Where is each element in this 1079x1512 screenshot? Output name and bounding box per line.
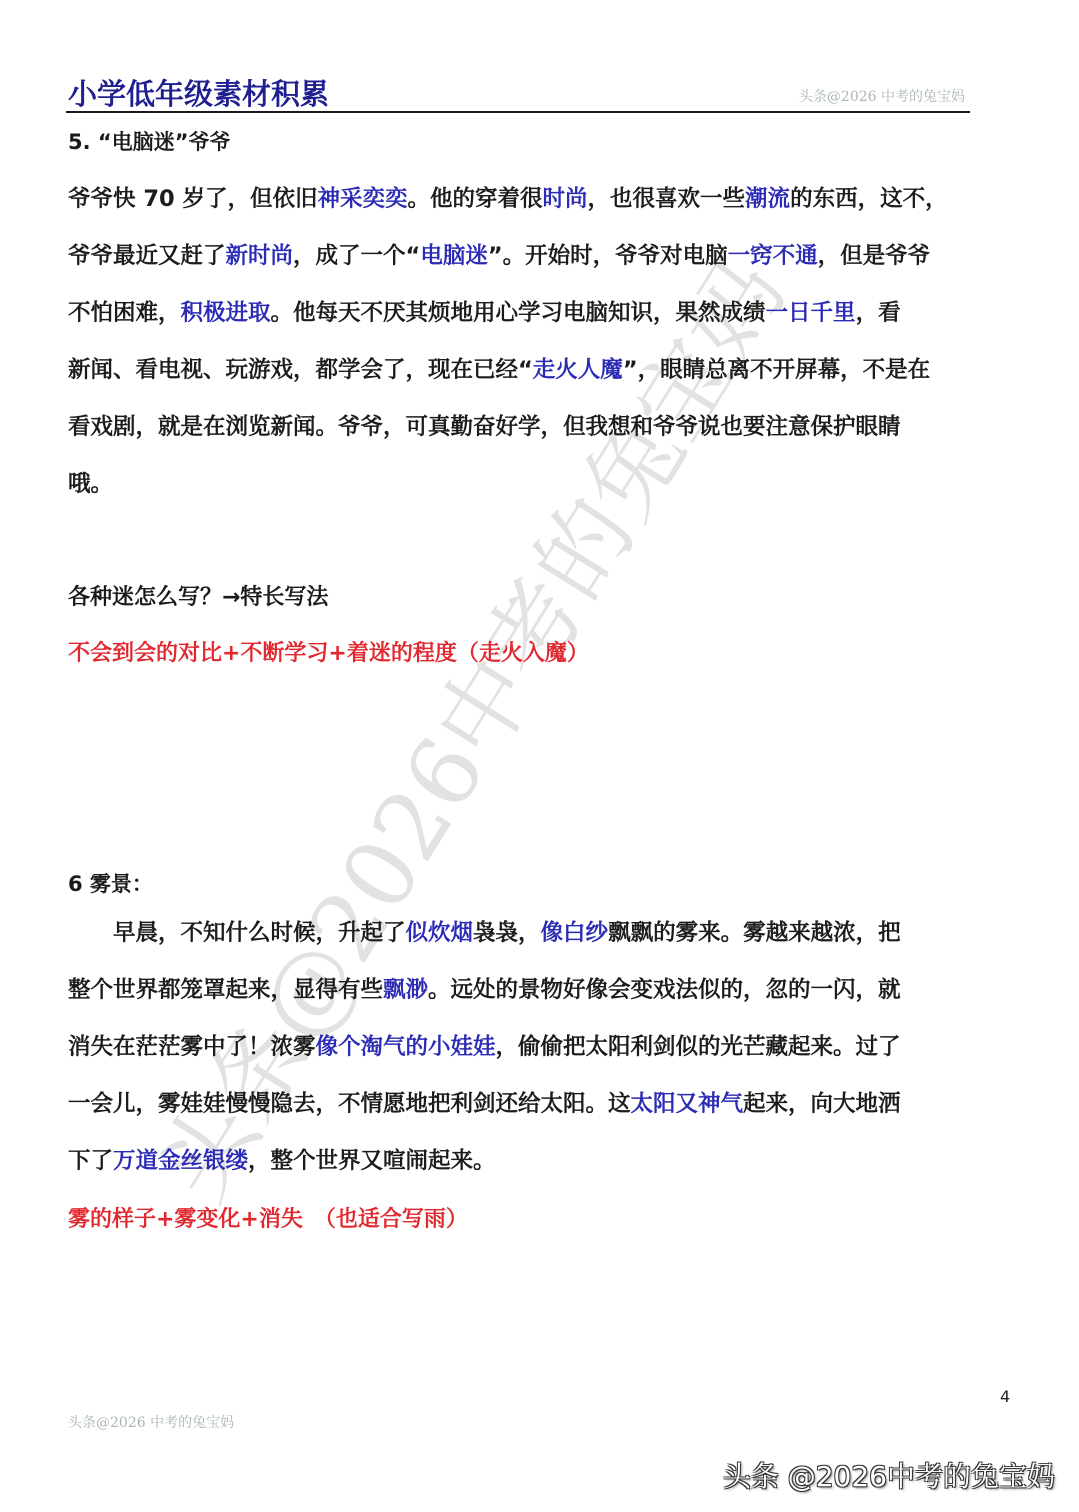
paragraph-line: 新闻、看电视、玩游戏，都学会了，现在已经“走火人魔”，眼睛总离不开屏幕，不是在 [68,342,1018,399]
text-run: ，但是爷爷 [818,243,931,269]
paragraph-line: 爷爷快 70 岁了，但依旧神采奕奕。他的穿着很时尚，也很喜欢一些潮流的东西，这不… [68,171,1018,228]
text-run: 新闻、看电视、玩游戏，都学会了，现在已经“ [68,357,533,383]
highlight-phrase: 似炊烟 [406,920,474,946]
section-5-heading: 5. “电脑迷”爷爷 [68,126,231,156]
highlight-phrase: 新时尚 [226,243,294,269]
section-6-summary-note: 雾的样子+雾变化+消失 （也适合写雨） [68,1202,468,1233]
text-run: ，成了一个“ [293,243,420,269]
section-6-heading: 6 雾景： [68,868,153,898]
header-divider [66,111,970,113]
highlight-phrase: 时尚 [543,186,588,212]
text-run: 消失在茫茫雾中了！浓雾 [68,1034,316,1060]
highlight-phrase: 像白纱 [541,920,609,946]
highlight-phrase: 一窍不通 [728,243,818,269]
text-run: 袅袅， [473,920,541,946]
platform-watermark: 头条 @2026中考的兔宝妈 [723,1455,1055,1495]
writing-method-question: 各种迷怎么写？→特长写法 [68,580,328,611]
page-header-title: 小学低年级素材积累 [68,72,329,113]
text-run: 爷爷最近又赶了 [68,243,226,269]
text-run: ，偷偷把太阳利剑似的光芒藏起来。过了 [496,1034,901,1060]
text-run: 整个世界都笼罩起来，显得有些 [68,977,383,1003]
page-number: 4 [1000,1387,1010,1406]
highlight-phrase: 万道金丝银缕 [113,1148,248,1174]
text-run: 哦。 [68,471,113,497]
document-page: 头条@2026中考的兔宝妈 小学低年级素材积累 头条@2026 中考的兔宝妈 5… [0,0,1079,1512]
text-run: 看戏剧，就是在浏览新闻。爷爷，可真勤奋好学，但我想和爷爷说也要注意保护眼睛 [68,414,901,440]
text-run: ，也很喜欢一些 [588,186,746,212]
section-5-paragraph: 爷爷快 70 岁了，但依旧神采奕奕。他的穿着很时尚，也很喜欢一些潮流的东西，这不… [68,171,1018,513]
paragraph-line: 下了万道金丝银缕，整个世界又喧闹起来。 [68,1133,1018,1190]
text-run: 的东西，这不， [790,186,948,212]
text-run: 爷爷快 70 岁了，但依旧 [68,186,317,212]
text-run: 。他的穿着很 [408,186,543,212]
text-run: 下了 [68,1148,113,1174]
text-run: ，整个世界又喧闹起来。 [248,1148,496,1174]
footer-credit: 头条@2026 中考的兔宝妈 [68,1412,234,1432]
paragraph-line: 不怕困难，积极进取。他每天不厌其烦地用心学习电脑知识，果然成绩一日千里，看 [68,285,1018,342]
highlight-phrase: 飘渺 [383,977,428,1003]
highlight-phrase: 神采奕奕 [317,186,407,212]
text-run: ”。开始时，爷爷对电脑 [488,243,728,269]
highlight-phrase: 一日千里 [766,300,856,326]
text-run: 起来，向大地洒 [743,1091,901,1117]
text-run: 。他每天不厌其烦地用心学习电脑知识，果然成绩 [271,300,766,326]
text-run: 一会儿，雾娃娃慢慢隐去，不情愿地把利剑还给太阳。这 [68,1091,631,1117]
text-run: 飘飘的雾来。雾越来越浓，把 [608,920,901,946]
section-6-paragraph: 早晨，不知什么时候，升起了似炊烟袅袅，像白纱飘飘的雾来。雾越来越浓，把 整个世界… [68,905,1018,1190]
paragraph-line: 爷爷最近又赶了新时尚，成了一个“电脑迷”。开始时，爷爷对电脑一窍不通，但是爷爷 [68,228,1018,285]
section-5-summary-note: 不会到会的对比+不断学习+着迷的程度（走火入魔） [68,636,589,667]
paragraph-line: 看戏剧，就是在浏览新闻。爷爷，可真勤奋好学，但我想和爷爷说也要注意保护眼睛 [68,399,1018,456]
highlight-phrase: 像个淘气的小娃娃 [316,1034,496,1060]
paragraph-line: 早晨，不知什么时候，升起了似炊烟袅袅，像白纱飘飘的雾来。雾越来越浓，把 [68,905,1018,962]
text-run: 早晨，不知什么时候，升起了 [68,920,406,946]
paragraph-line: 一会儿，雾娃娃慢慢隐去，不情愿地把利剑还给太阳。这太阳又神气起来，向大地洒 [68,1076,1018,1133]
highlight-phrase: 走火人魔 [533,357,623,383]
header-credit: 头条@2026 中考的兔宝妈 [799,86,965,106]
text-run: 。远处的景物好像会变戏法似的，忽的一闪，就 [428,977,901,1003]
text-run: ”，眼睛总离不开屏幕，不是在 [623,357,930,383]
paragraph-line: 哦。 [68,456,1018,513]
paragraph-line: 消失在茫茫雾中了！浓雾像个淘气的小娃娃，偷偷把太阳利剑似的光芒藏起来。过了 [68,1019,1018,1076]
paragraph-line: 整个世界都笼罩起来，显得有些飘渺。远处的景物好像会变戏法似的，忽的一闪，就 [68,962,1018,1019]
text-run: 不怕困难， [68,300,181,326]
highlight-phrase: 潮流 [745,186,790,212]
text-run: ，看 [856,300,901,326]
highlight-phrase: 电脑迷 [420,243,488,269]
highlight-phrase: 积极进取 [181,300,271,326]
highlight-phrase: 太阳又神气 [631,1091,744,1117]
